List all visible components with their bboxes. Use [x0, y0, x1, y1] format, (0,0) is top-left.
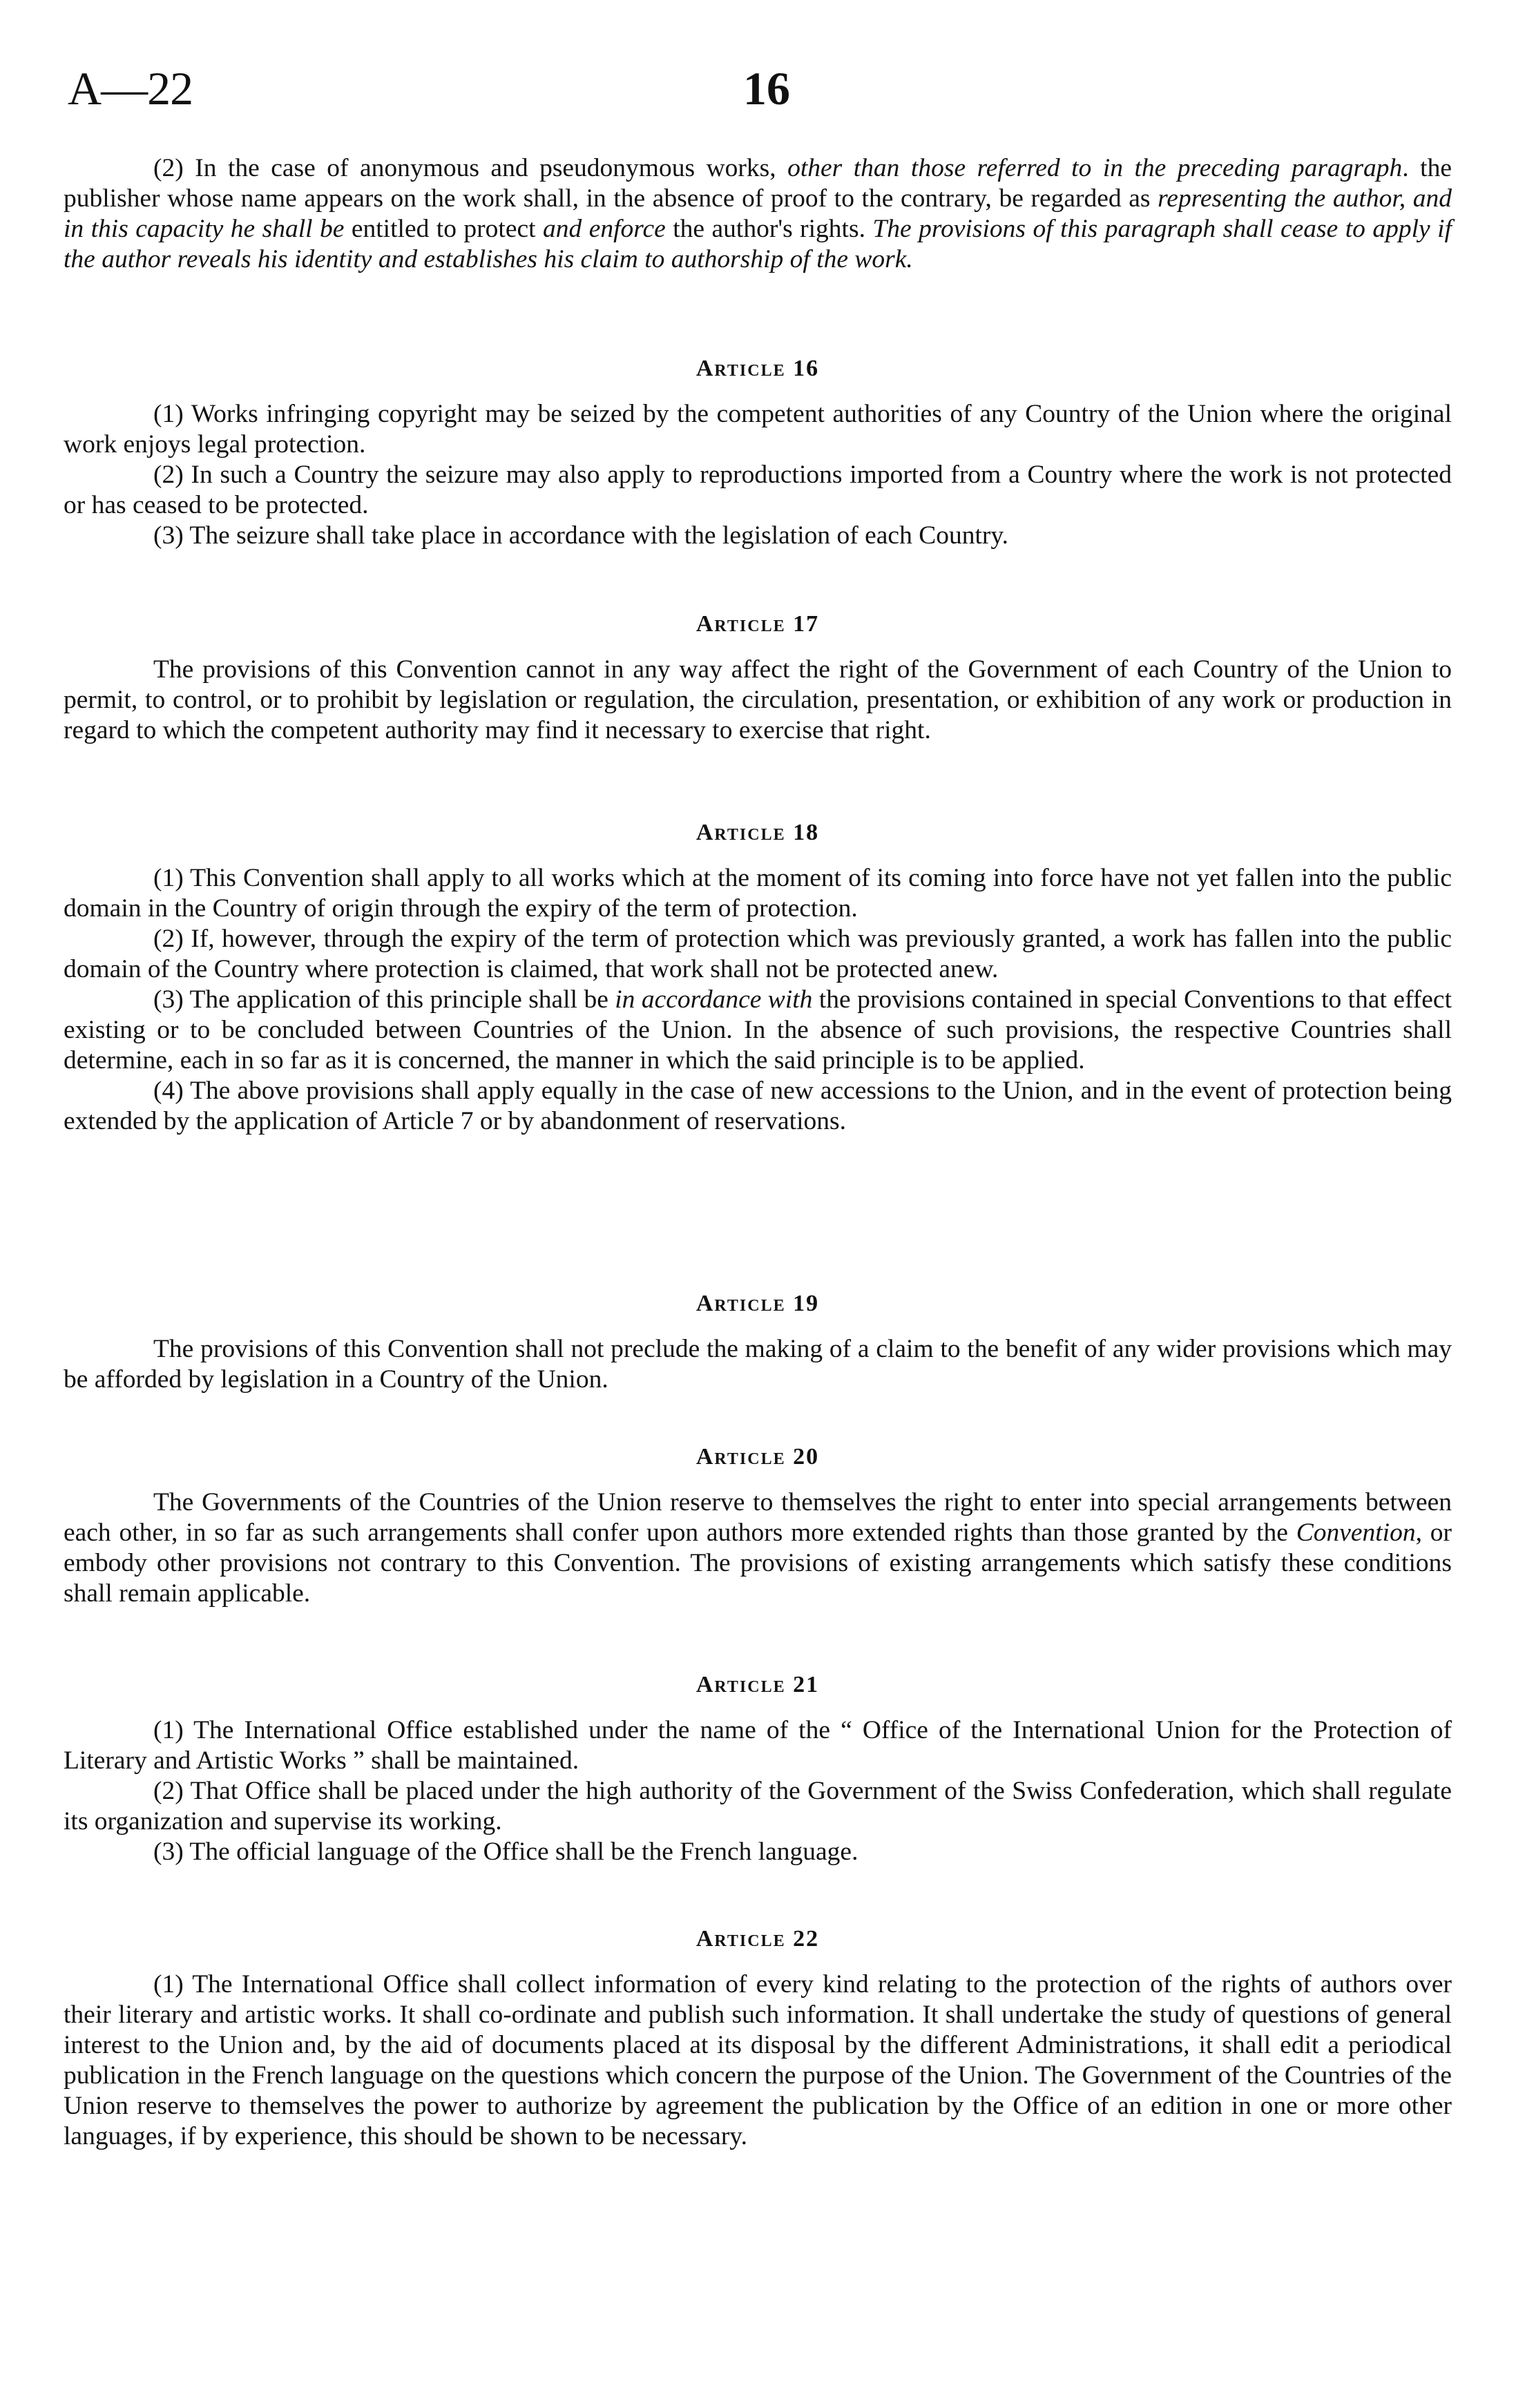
paragraph: (1) Works infringing copyright may be se… — [64, 399, 1452, 460]
paragraph: (3) The seizure shall take place in acco… — [64, 521, 1452, 551]
text-run: entitled to protect — [344, 215, 543, 243]
text-run: The Governments of the Countries of the … — [64, 1488, 1452, 1547]
article-15-continuation: (2) In the case of anonymous and pseudon… — [64, 153, 1452, 275]
paragraph: (1) The International Office established… — [64, 1715, 1452, 1776]
article-heading: Article 22 — [64, 1924, 1452, 1954]
paragraph: (2) In the case of anonymous and pseudon… — [64, 153, 1452, 275]
article-heading: Article 16 — [64, 354, 1452, 384]
article-heading: Article 20 — [64, 1442, 1452, 1472]
paragraph: (1) This Convention shall apply to all w… — [64, 863, 1452, 924]
article-19: Article 19 The provisions of this Conven… — [64, 1289, 1452, 1395]
article-16: Article 16 (1) Works infringing copyrigh… — [64, 354, 1452, 551]
paragraph: The provisions of this Convention cannot… — [64, 655, 1452, 746]
paragraph: The Governments of the Countries of the … — [64, 1487, 1452, 1609]
article-heading: Article 18 — [64, 818, 1452, 848]
article-heading: Article 17 — [64, 609, 1452, 639]
article-heading: Article 19 — [64, 1289, 1452, 1319]
paragraph: (4) The above provisions shall apply equ… — [64, 1076, 1452, 1137]
text-run: (3) The application of this principle sh… — [153, 985, 615, 1014]
paragraph: (3) The application of this principle sh… — [64, 985, 1452, 1076]
paragraph: (2) If, however, through the expiry of t… — [64, 924, 1452, 985]
page-number: 16 — [743, 61, 790, 116]
page-header: A—22 16 — [0, 61, 1516, 116]
article-22: Article 22 (1) The International Office … — [64, 1924, 1452, 2152]
paragraph: (3) The official language of the Office … — [64, 1837, 1452, 1867]
paragraph: (1) The International Office shall colle… — [64, 1969, 1452, 2152]
paragraph: The provisions of this Convention shall … — [64, 1334, 1452, 1395]
italic-text-run: other than those referred to in the prec… — [787, 154, 1402, 182]
paragraph: (2) In such a Country the seizure may al… — [64, 460, 1452, 521]
italic-text-run: and enforce — [543, 215, 666, 243]
italic-text-run: in accordance with — [615, 985, 812, 1014]
article-20: Article 20 The Governments of the Countr… — [64, 1442, 1452, 1609]
text-run: In the case of anonymous and pseudonymou… — [184, 154, 787, 182]
document-reference: A—22 — [68, 61, 193, 116]
text-run: the author's rights. — [666, 215, 873, 243]
paragraph: (2) That Office shall be placed under th… — [64, 1776, 1452, 1837]
article-17: Article 17 The provisions of this Conven… — [64, 609, 1452, 746]
paragraph-number: (2) — [153, 154, 184, 182]
article-18: Article 18 (1) This Convention shall app… — [64, 818, 1452, 1137]
article-heading: Article 21 — [64, 1670, 1452, 1700]
italic-text-run: Convention — [1296, 1519, 1416, 1547]
article-21: Article 21 (1) The International Office … — [64, 1670, 1452, 1867]
